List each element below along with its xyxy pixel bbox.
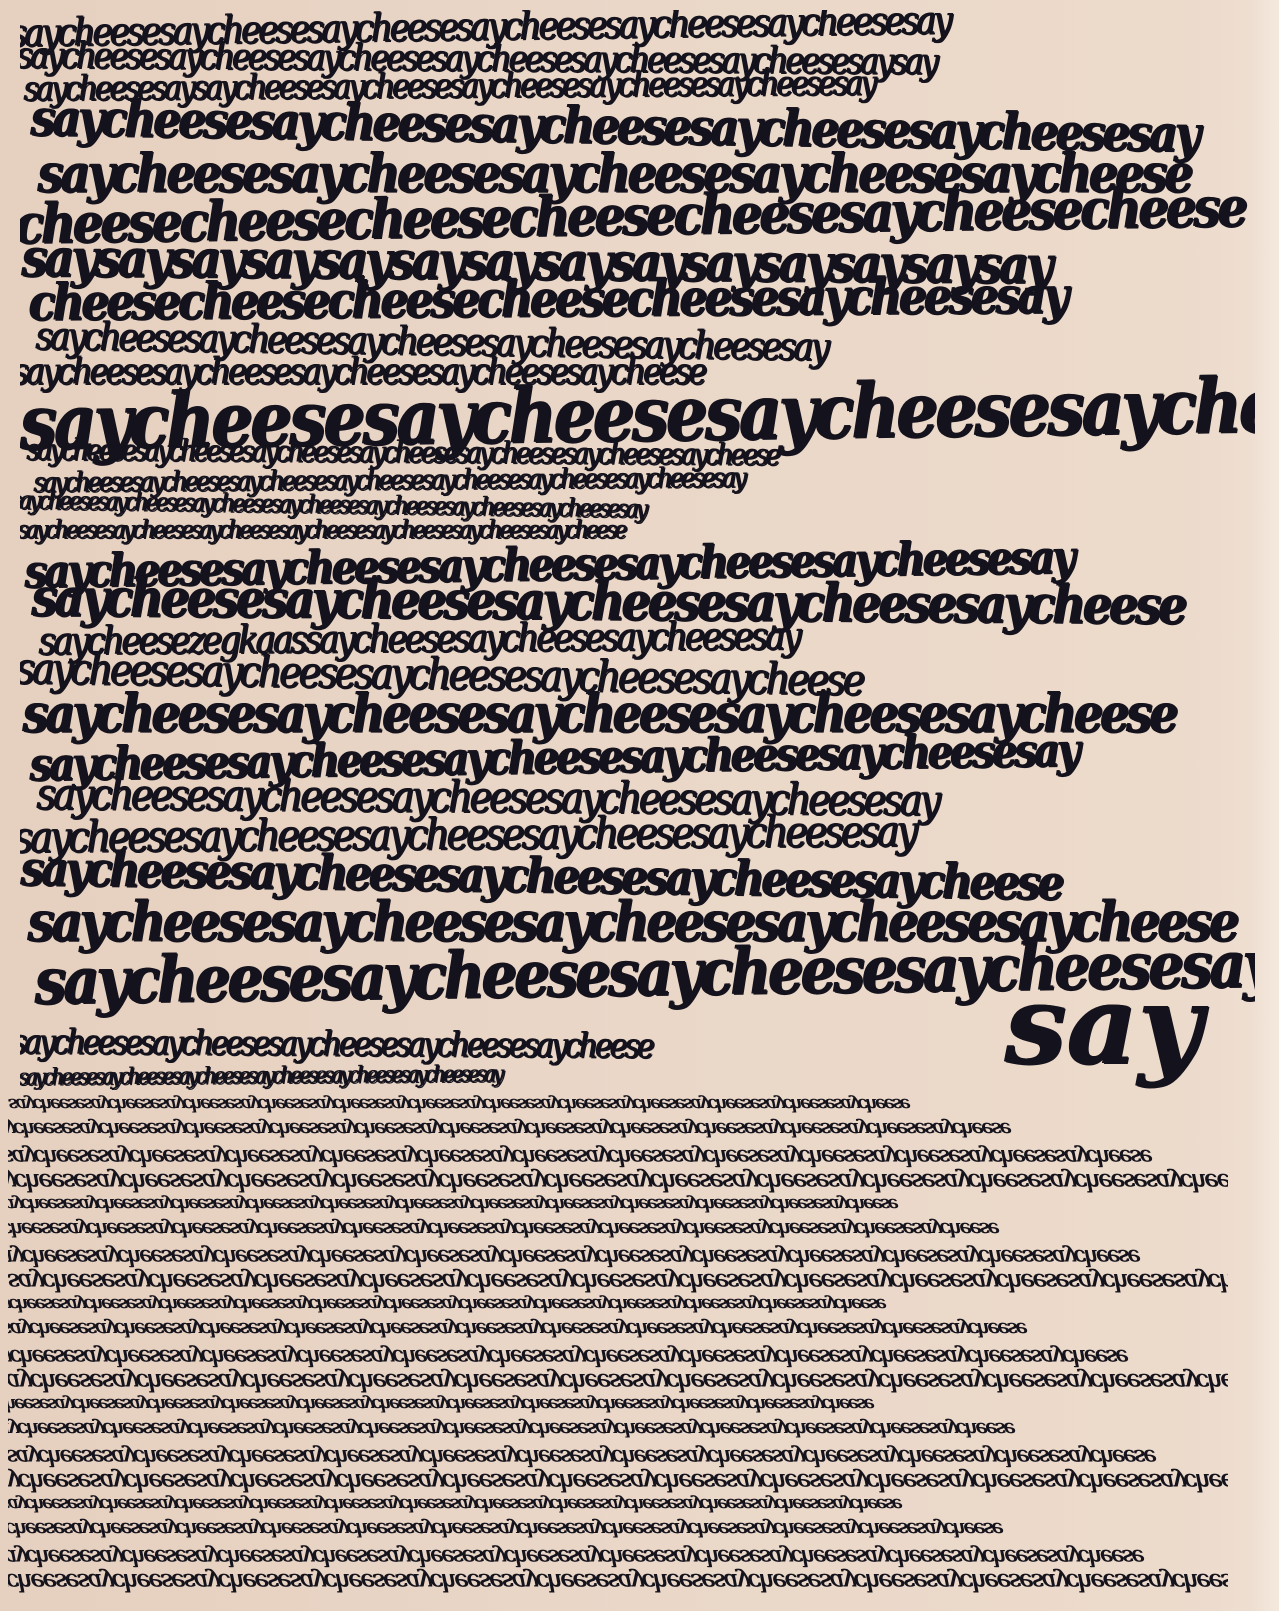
handwritten-row: saycheesesaycheesesaycheesesaycheesesayc… bbox=[20, 1062, 502, 1088]
inverted-handwritten-row: saycheesesaycheesesaycheesesaycheesesayc… bbox=[8, 1295, 884, 1313]
inverted-handwritten-row: saycheesesaycheesesaycheesesaycheesesayc… bbox=[8, 1095, 908, 1113]
inverted-handwritten-row: saycheesesaycheesesaycheesesaycheesesayc… bbox=[8, 1170, 1228, 1194]
upper-calligraphy-block: saycheesesaycheesesaycheesesaycheesesayc… bbox=[20, 10, 1255, 1090]
inverted-handwritten-row: saycheesesaycheesesaycheesesaycheesesayc… bbox=[8, 1120, 1009, 1140]
inverted-handwritten-row: saycheesesaycheesesaycheesesaycheesesayc… bbox=[8, 1420, 1013, 1440]
inverted-handwritten-row: saycheesesaycheesesaycheesesaycheesesayc… bbox=[8, 1495, 900, 1513]
inverted-handwritten-row: saycheesesaycheesesaycheesesaycheesesayc… bbox=[8, 1245, 1138, 1267]
inverted-handwritten-row: saycheesesaycheesesaycheesesaycheesesayc… bbox=[8, 1520, 1001, 1540]
inverted-handwritten-row: saycheesesaycheesesaycheesesaycheesesayc… bbox=[8, 1270, 1228, 1294]
inverted-handwritten-row: saycheesesaycheesesaycheesesaycheesesayc… bbox=[8, 1395, 872, 1413]
inverted-handwritten-row: saycheesesaycheesesaycheesesaycheesesayc… bbox=[8, 1445, 1154, 1467]
large-say-word: say bbox=[1005, 970, 1202, 1080]
paper-edge bbox=[1251, 0, 1279, 1611]
inverted-handwritten-row: saycheesesaycheesesaycheesesaycheesesayc… bbox=[8, 1220, 997, 1240]
inverted-handwritten-row: saycheesesaycheesesaycheesesaycheesesayc… bbox=[8, 1545, 1142, 1567]
inverted-handwritten-row: saycheesesaycheesesaycheesesaycheesesayc… bbox=[8, 1345, 1126, 1367]
inverted-handwritten-row: saycheesesaycheesesaycheesesaycheesesayc… bbox=[8, 1370, 1228, 1394]
inverted-handwritten-row: saycheesesaycheesesaycheesesaycheesesayc… bbox=[8, 1320, 1025, 1340]
inverted-handwritten-row: saycheesesaycheesesaycheesesaycheesesayc… bbox=[8, 1470, 1228, 1494]
inverted-handwritten-row: saycheesesaycheesesaycheesesaycheesesayc… bbox=[8, 1195, 896, 1213]
inverted-handwritten-row: saycheesesaycheesesaycheesesaycheesesayc… bbox=[8, 1570, 1228, 1594]
inverted-handwritten-row: saycheesesaycheesesaycheesesaycheesesayc… bbox=[8, 1145, 1150, 1167]
handwritten-row: saycheesesaycheesesaycheesesaycheesesayc… bbox=[20, 1026, 652, 1065]
lower-calligraphy-block: saycheesesaycheesesaycheesesaycheesesayc… bbox=[8, 1095, 1228, 1600]
